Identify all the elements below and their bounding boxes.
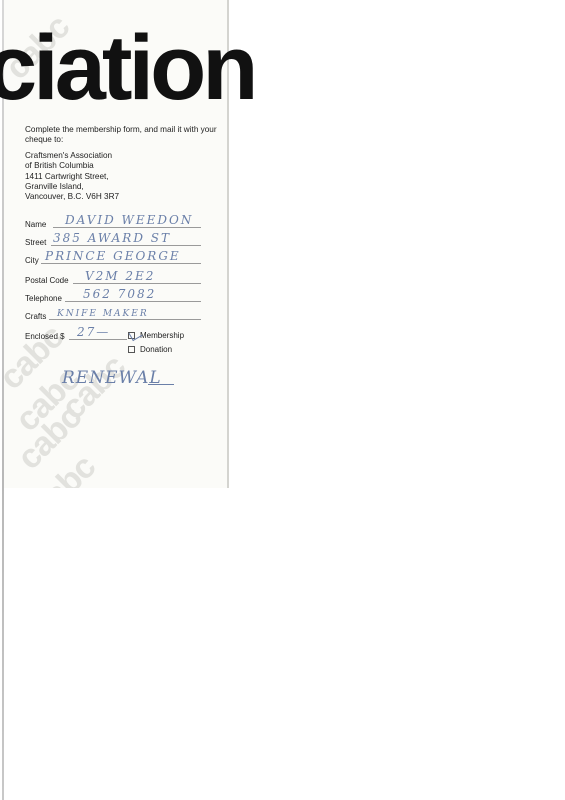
address-line: Craftsmen's Association <box>25 151 119 161</box>
association-title: ciation <box>0 22 254 114</box>
telephone-field[interactable]: Telephone 562 7082 <box>25 285 201 303</box>
postal-code-field[interactable]: Postal Code V2M 2E2 <box>25 267 201 285</box>
field-label: Name <box>25 220 46 229</box>
field-label: Street <box>25 238 46 247</box>
field-line <box>49 319 201 320</box>
field-label: City <box>25 256 39 265</box>
street-field[interactable]: Street 385 AWARD ST <box>25 229 201 247</box>
field-line <box>51 245 201 246</box>
enclosed-amount-field[interactable]: Enclosed $ 27— <box>25 323 129 341</box>
name-field[interactable]: Name DAVID WEEDON <box>25 211 201 229</box>
field-value: V2M 2E2 <box>85 269 155 283</box>
field-value: KNIFE MAKER <box>57 309 149 319</box>
handwritten-renewal-note: RENEWAL <box>62 368 162 388</box>
field-line <box>73 283 201 284</box>
city-field[interactable]: City PRINCE GEORGE <box>25 247 201 265</box>
checkbox-label: Donation <box>140 345 172 354</box>
address-line: 1411 Cartwright Street, <box>25 172 119 182</box>
field-value: 27— <box>77 325 110 339</box>
checkbox-label: Membership <box>140 331 184 340</box>
field-value: PRINCE GEORGE <box>45 249 181 263</box>
mailing-address: Craftsmen's Association of British Colum… <box>25 151 119 202</box>
field-line <box>53 227 201 228</box>
crafts-field[interactable]: Crafts KNIFE MAKER <box>25 303 201 321</box>
field-line <box>69 339 127 340</box>
field-label: Telephone <box>25 294 62 303</box>
field-line <box>65 301 201 302</box>
field-value: 562 7082 <box>83 287 156 301</box>
address-line: Granville Island, <box>25 182 119 192</box>
address-line: Vancouver, B.C. V6H 3R7 <box>25 192 119 202</box>
renewal-underline <box>148 384 174 385</box>
field-label: Crafts <box>25 312 46 321</box>
intro-text: Complete the membership form, and mail i… <box>25 125 225 145</box>
donation-checkbox[interactable]: Donation <box>128 345 172 354</box>
address-line: of British Columbia <box>25 161 119 171</box>
field-line <box>41 263 201 264</box>
field-label: Postal Code <box>25 276 69 285</box>
field-label: Enclosed $ <box>25 332 65 341</box>
checkbox-icon <box>128 346 135 353</box>
field-value: 385 AWARD ST <box>53 231 171 245</box>
field-value: DAVID WEEDON <box>65 213 193 227</box>
